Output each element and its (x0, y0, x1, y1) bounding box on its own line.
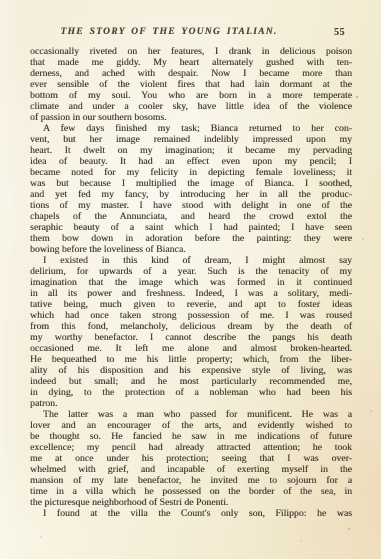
text-line: heart. It dwelt on my imagination; it be… (30, 145, 352, 156)
text-line: tative being, much given to reverie, and… (30, 299, 352, 310)
text-line: idea of beauty. It had an effect even up… (30, 156, 352, 167)
text-line: them bow down in adoration before the pa… (30, 233, 352, 244)
text-line: A few days finished my task; Bianca retu… (30, 123, 352, 134)
text-line: vent, but her image remained indelibly i… (30, 134, 352, 145)
text-line: ever sensible of the violent fires that … (30, 79, 352, 90)
paragraph: occasionally riveted on her features, I … (30, 46, 352, 123)
text-line: from this fond, melancholy, delicious dr… (30, 321, 352, 332)
page-number: 55 (334, 27, 345, 38)
text-line: was but because I multiplied the image o… (30, 178, 352, 189)
text-line: ality of his disposition and his expensi… (30, 365, 352, 376)
text-line: The latter was a man who passed for muni… (30, 409, 352, 420)
text-body: occasionally riveted on her features, I … (30, 46, 352, 519)
text-line: became noted for my felicity in depictin… (30, 167, 352, 178)
text-line: bowing before the loveliness of Bianca. (30, 244, 352, 255)
text-line: me at once under his protection; seeing … (30, 453, 352, 464)
text-line: be thought so. He fancied he saw in me i… (30, 431, 352, 442)
text-line: He bequeathed to me his little property;… (30, 354, 352, 365)
text-line: climate and under a cooler sky, have lit… (30, 101, 352, 112)
running-title: THE STORY OF THE YOUNG ITALIAN. (30, 27, 308, 37)
text-line: in dying, to the protection of a noblema… (30, 387, 352, 398)
text-line: delirium, for upwards of a year. Such is… (30, 266, 352, 277)
text-line: derness, and ached with despair. Now I b… (30, 68, 352, 79)
text-line: I found at the villa the Count's only so… (30, 508, 352, 519)
text-line: bottom of my soul. You who are born in a… (30, 90, 352, 101)
text-line: chapels of the Annunciata, and heard the… (30, 211, 352, 222)
text-line: occasioned me. It left me alone and almo… (30, 343, 352, 354)
text-line: which had once taken strong possession o… (30, 310, 352, 321)
text-line: in all its power and freshness. Indeed, … (30, 288, 352, 299)
paragraph: I existed in this kind of dream, I might… (30, 255, 352, 409)
text-line: whelmed with grief, and incapable of exe… (30, 464, 352, 475)
paragraph: A few days finished my task; Bianca retu… (30, 123, 352, 255)
text-line: excellence; my pencil had already attrac… (30, 442, 352, 453)
text-line: time in a villa which he possessed on th… (30, 486, 352, 497)
text-line: of passion in our southern bosoms. (30, 112, 352, 123)
text-line: occasionally riveted on her features, I … (30, 46, 352, 57)
text-line: and yet fed my fancy, by introducing her… (30, 189, 352, 200)
text-line: lover and an encourager of the arts, and… (30, 420, 352, 431)
text-line: imagination that the image which was for… (30, 277, 352, 288)
book-page: THE STORY OF THE YOUNG ITALIAN. 55 occas… (0, 0, 381, 559)
text-line: that made me giddy. My heart alternately… (30, 57, 352, 68)
text-line: indeed but small; and he most particular… (30, 376, 352, 387)
text-line: tions of my master. I have stood with de… (30, 200, 352, 211)
text-line: mansion of my late benefactor, he invite… (30, 475, 352, 486)
page-header: THE STORY OF THE YOUNG ITALIAN. 55 (30, 27, 352, 40)
paragraph: I found at the villa the Count's only so… (30, 508, 352, 519)
text-line: the picturesque neighborhood of Sestri d… (30, 497, 352, 508)
text-line: patron. (30, 398, 352, 409)
paragraph: The latter was a man who passed for muni… (30, 409, 352, 508)
text-line: my worthy benefactor. I cannot describe … (30, 332, 352, 343)
text-line: seraphic beauty of a saint which I had p… (30, 222, 352, 233)
text-line: I existed in this kind of dream, I might… (30, 255, 352, 266)
